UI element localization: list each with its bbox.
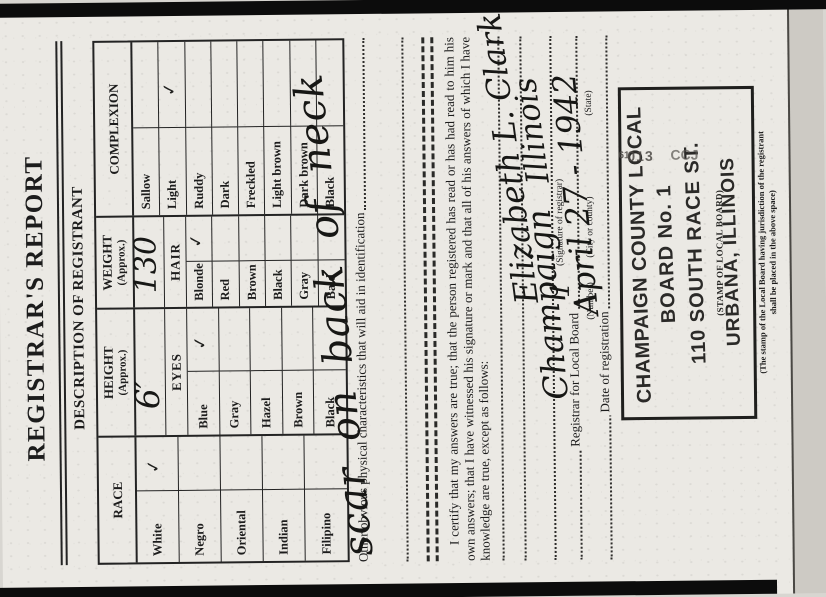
height-handwritten-value: 6′ [128, 380, 167, 409]
table-row: Brown [239, 216, 266, 306]
title-divider [55, 41, 67, 565]
checkmark: ✓ [186, 232, 208, 249]
checkmark: ✓ [143, 457, 165, 474]
hair-check-cell [239, 216, 266, 260]
eyes-check-cell [282, 307, 314, 369]
table-row: Dark [211, 41, 239, 214]
table-row: Blue ✓ [187, 308, 220, 434]
hair-label-red: Red [213, 260, 240, 306]
race-label-indian: Indian [263, 488, 306, 560]
weight-value-cell: 130 [134, 217, 165, 307]
table-row: Indian [262, 435, 305, 560]
date-line [605, 35, 612, 559]
scan-edge-bar-right [0, 0, 826, 17]
table-row: Light ✓ [159, 41, 187, 214]
hair-header: HAIR [164, 216, 187, 306]
hair-label-black: Black [266, 259, 293, 305]
table-row: Freckled [237, 41, 265, 214]
eyes-label-gray: Gray [219, 370, 251, 434]
complexion-label-ruddy: Ruddy [186, 126, 213, 214]
hair-label-blonde: Blonde [187, 260, 214, 306]
weight-handwritten-value: 130 [128, 235, 164, 293]
height-value-cell: 6′ [135, 309, 166, 435]
race-header: RACE [98, 437, 137, 562]
table-row: Negro [178, 436, 221, 561]
table-row: Oriental [220, 436, 263, 561]
complexion-label-light: Light [159, 126, 186, 214]
hair-label-brown: Brown [239, 260, 266, 306]
complexion-check-cell [185, 41, 212, 126]
local-board-stamp: CHAMPAIGN COUNTY LOCAL BOARD No. 1 110 S… [617, 87, 759, 419]
section-separator-dashed [430, 37, 438, 561]
registrars-report-card: REGISTRAR'S REPORT DESCRIPTION OF REGIST… [0, 0, 826, 597]
table-row: Hazel [250, 307, 283, 433]
checkmark: ✓ [158, 80, 180, 97]
hair-check-cell [212, 216, 239, 260]
complexion-check-cell [237, 41, 264, 126]
height-header: HEIGHT (Approx.) [97, 309, 136, 435]
complexion-label-freckled: Freckled [238, 126, 265, 214]
race-label-oriental: Oriental [221, 489, 264, 561]
height-column: HEIGHT (Approx.) 6′ EYES Blue ✓ Gray [97, 305, 346, 436]
stamp-instruction-line2: shall be placed in the above space) [766, 85, 779, 418]
table-row: Light brown [264, 40, 292, 213]
identification-blank-line [401, 37, 408, 561]
race-check-cell [178, 436, 221, 489]
table-row: Brown [282, 307, 315, 433]
scan-edge-bar-left [0, 579, 777, 597]
race-label-negro: Negro [179, 489, 222, 561]
complexion-check-cell: ✓ [159, 41, 186, 126]
scanned-draft-card: REGISTRAR'S REPORT DESCRIPTION OF REGIST… [0, 0, 826, 597]
hair-check-cell [265, 215, 292, 259]
race-check-cell [220, 436, 263, 489]
stamp-line-street: 110 SOUTH RACE ST. [679, 88, 714, 416]
stamp-box: (STAMP OF LOCAL BOARD) CHAMPAIGN COUNTY … [618, 85, 757, 419]
eyes-check-cell: ✓ [187, 308, 219, 370]
eyes-label-blue: Blue [188, 370, 220, 434]
table-row: Ruddy [185, 41, 213, 214]
scan-edge-strip [787, 0, 826, 593]
complexion-check-cell [132, 42, 159, 127]
stamped-code-013: 013 [627, 147, 654, 163]
eyes-check-cell [219, 308, 251, 370]
complexion-label-sallow: Sallow [133, 127, 160, 215]
eyes-header: EYES [165, 308, 188, 434]
table-row: White ✓ [136, 436, 179, 561]
table-row: Blonde ✓ [186, 216, 213, 306]
table-row: Gray [219, 308, 252, 434]
dotted-leader [362, 37, 366, 209]
complexion-check-cell [211, 41, 238, 126]
hair-check-cell: ✓ [186, 216, 213, 260]
height-header-text: HEIGHT [101, 346, 115, 399]
weight-header-text: WEIGHT [100, 234, 114, 290]
section-separator-dashed [421, 37, 429, 561]
section-title: DESCRIPTION OF REGISTRANT [68, 14, 91, 597]
date-label: Date of registration [596, 308, 613, 415]
complexion-label-dark: Dark [212, 126, 239, 214]
table-row: Black [265, 215, 292, 305]
stamped-code-ccj: CCJ [670, 146, 698, 162]
checkmark: ✓ [189, 334, 211, 351]
race-rows: White ✓ Negro Oriental Indian [136, 435, 347, 562]
race-check-cell: ✓ [136, 436, 179, 489]
eyes-label-brown: Brown [283, 369, 315, 433]
complexion-header: COMPLEXION [94, 42, 134, 215]
race-check-cell [262, 435, 305, 488]
table-row: Red [212, 216, 239, 306]
table-row: Sallow [132, 42, 160, 215]
race-label-white: White [137, 489, 180, 561]
complexion-label-light-brown: Light brown [264, 125, 291, 213]
eyes-label-hazel: Hazel [251, 369, 283, 433]
eyes-check-cell [250, 307, 282, 369]
page-title: REGISTRAR'S REPORT [19, 15, 53, 597]
race-column: RACE White ✓ Negro Oriental [98, 433, 347, 563]
weight-approx-text: (Approx.) [115, 239, 128, 285]
